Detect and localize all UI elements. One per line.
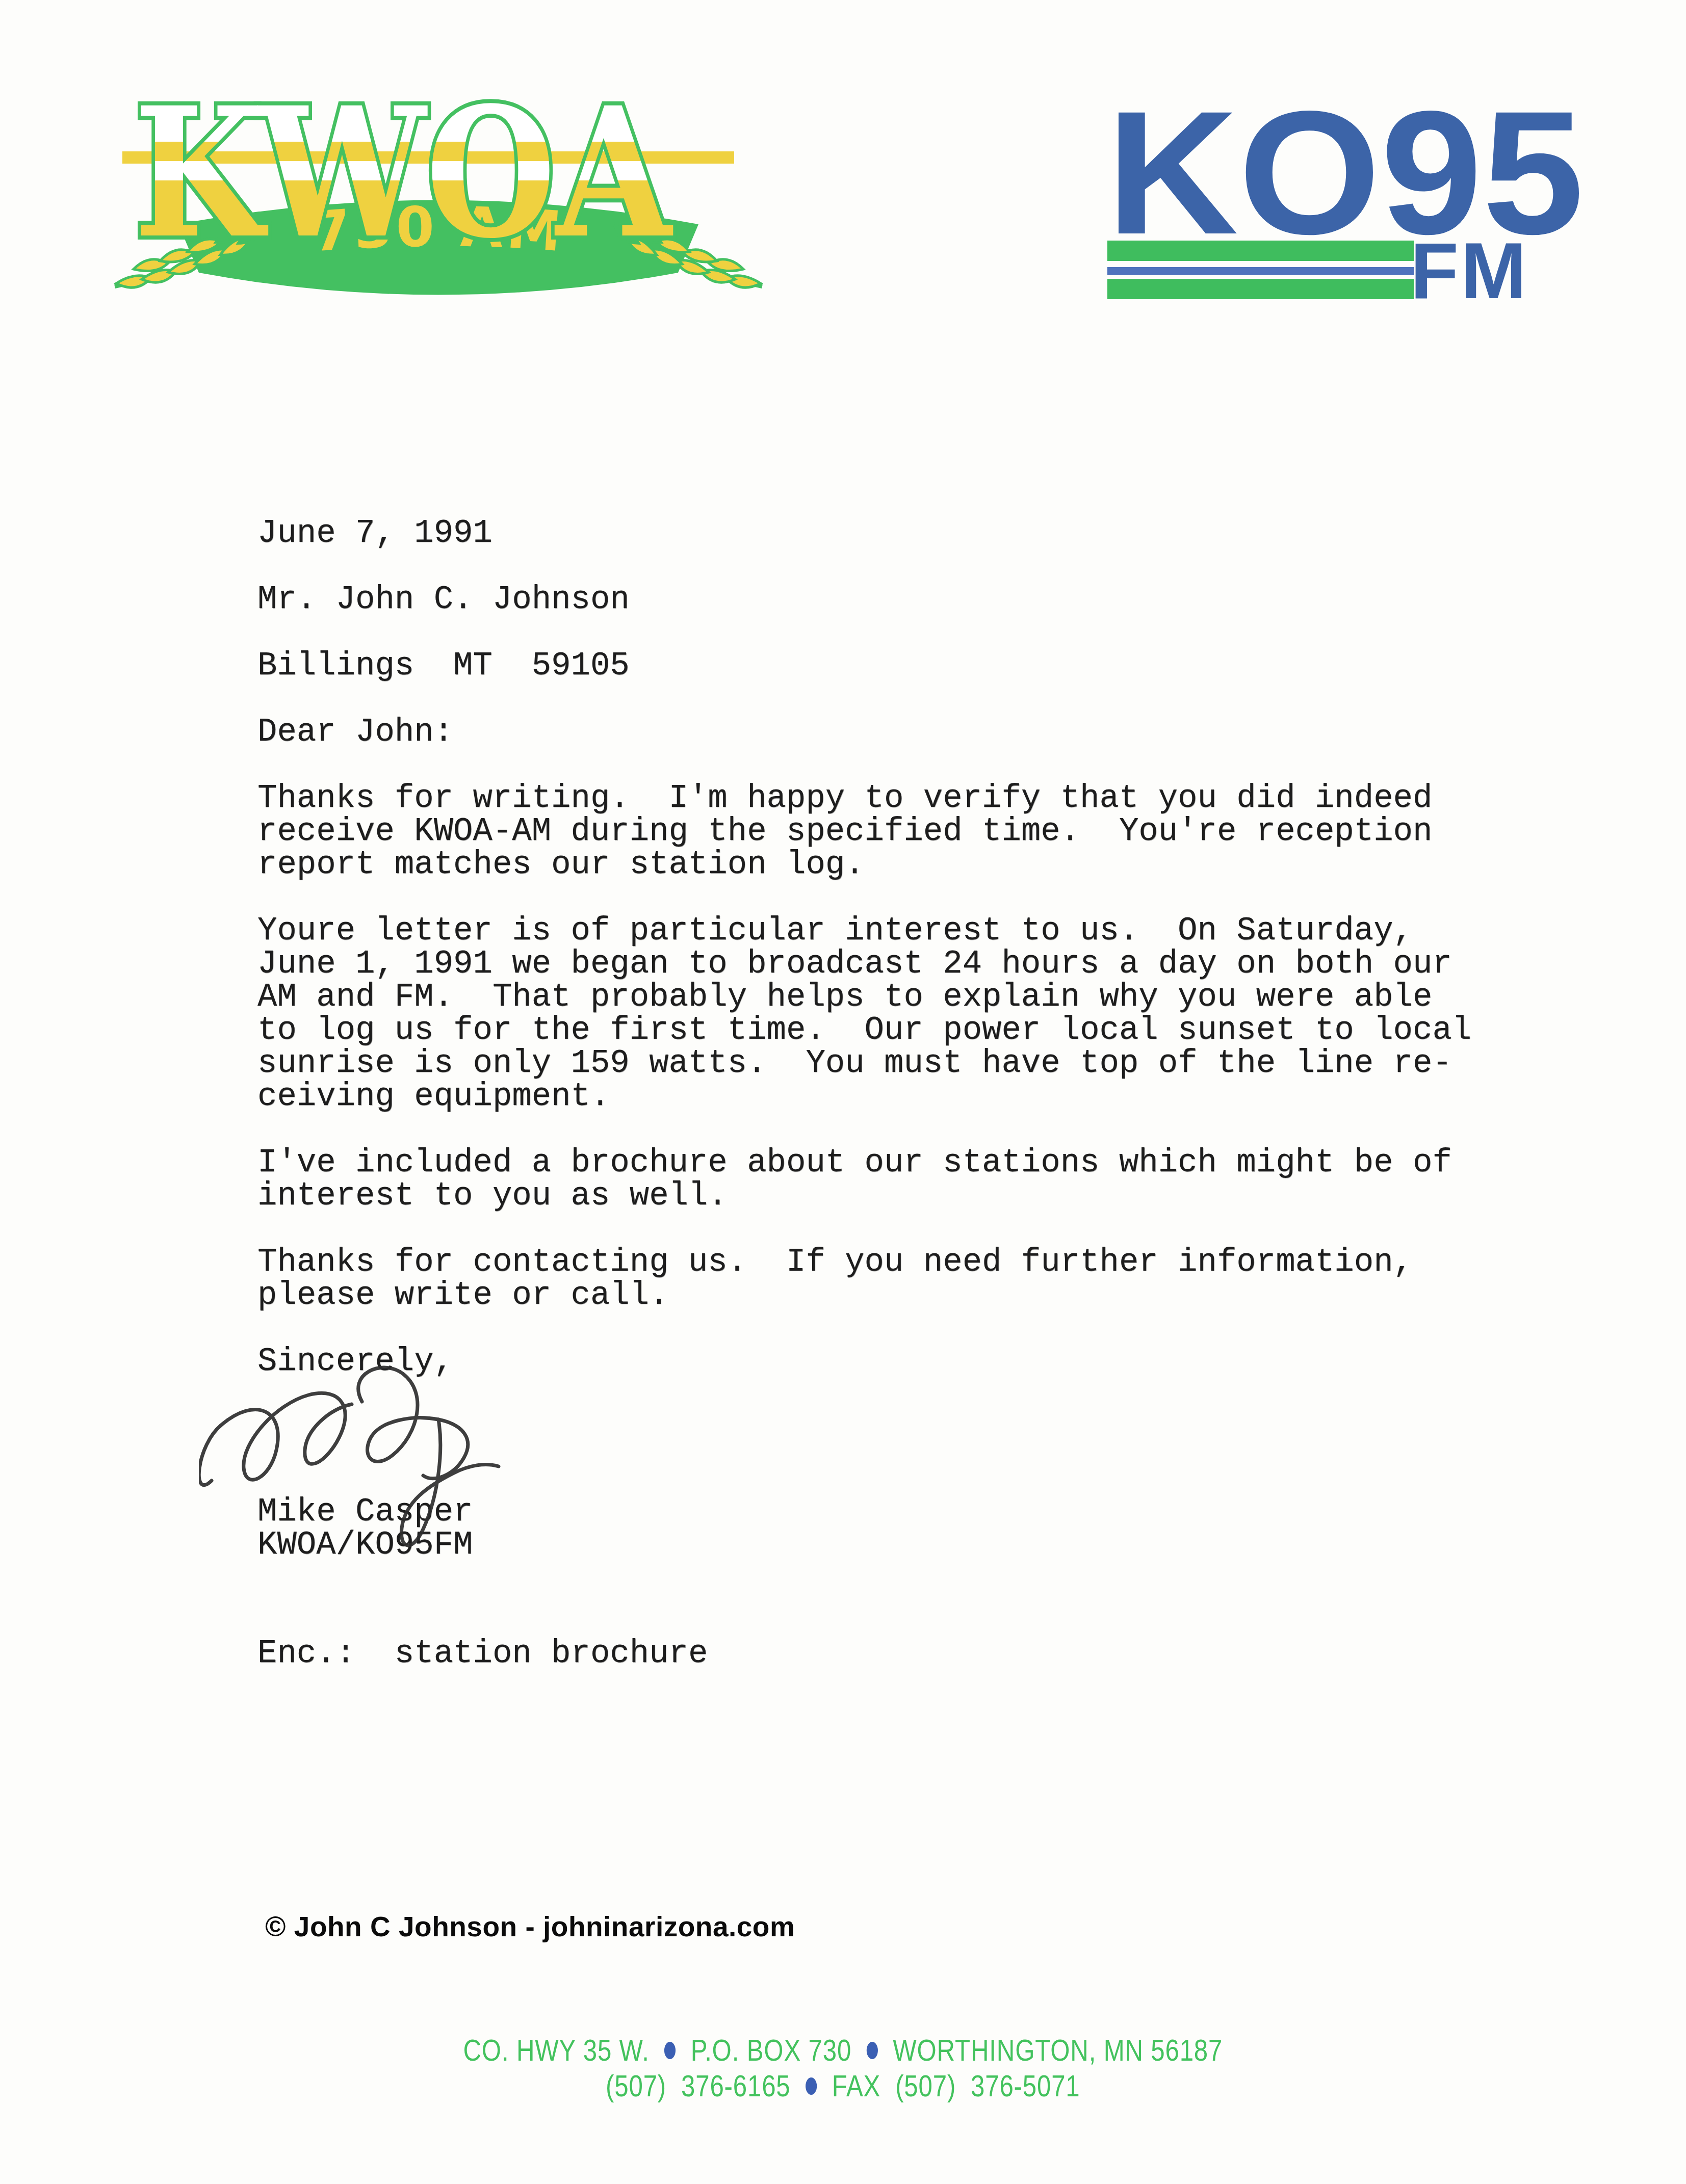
kwoa-callsign-text: KWOA (134, 82, 675, 278)
signature-handwriting (199, 1353, 515, 1562)
recipient-city-line: Billings MT 59105 (257, 650, 1532, 683)
ko95-stripe-blue (1107, 267, 1414, 275)
ko95-band-text: FM (1410, 227, 1528, 306)
paragraph-4: Thanks for contacting us. If you need fu… (257, 1246, 1532, 1312)
paragraph-1: Thanks for writing. I'm happy to verify … (257, 782, 1532, 882)
ko95-fm-logo: KO95 FM (1106, 102, 1591, 306)
scanned-letter-page: 730 AM KWOA KO95 FM June 7, 1991 Mr. Joh… (0, 0, 1686, 2184)
bullet-separator-icon (806, 2077, 817, 2095)
footer-city: WORTHINGTON, MN 56187 (893, 2033, 1223, 2068)
footer-address-line: CO. HWY 35 W. P.O. BOX 730 WORTHINGTON, … (0, 2033, 1686, 2068)
date-line: June 7, 1991 (257, 517, 1532, 550)
paragraph-2: Youre letter is of particular interest t… (257, 915, 1532, 1114)
bullet-separator-icon (867, 2042, 878, 2059)
footer-fax: FAX (507) 376-5071 (832, 2068, 1080, 2103)
recipient-name: Mr. John C. Johnson (257, 584, 1532, 617)
footer-phone-line: (507) 376-6165 FAX (507) 376-5071 (0, 2068, 1686, 2103)
footer-po-box: P.O. BOX 730 (691, 2033, 851, 2068)
footer-phone: (507) 376-6165 (606, 2068, 790, 2103)
footer-street: CO. HWY 35 W. (463, 2033, 650, 2068)
paragraph-3: I've included a brochure about our stati… (257, 1147, 1532, 1213)
bullet-separator-icon (664, 2042, 676, 2059)
copyright-watermark: © John C Johnson - johninarizona.com (265, 1910, 795, 1943)
salutation: Dear John: (257, 716, 1532, 749)
ko95-stripe-green-top (1107, 241, 1414, 261)
enclosure-line: Enc.: station brochure (257, 1638, 1532, 1671)
ko95-stripe-green-bottom (1107, 279, 1414, 299)
kwoa-730am-logo: 730 AM KWOA (107, 82, 770, 326)
